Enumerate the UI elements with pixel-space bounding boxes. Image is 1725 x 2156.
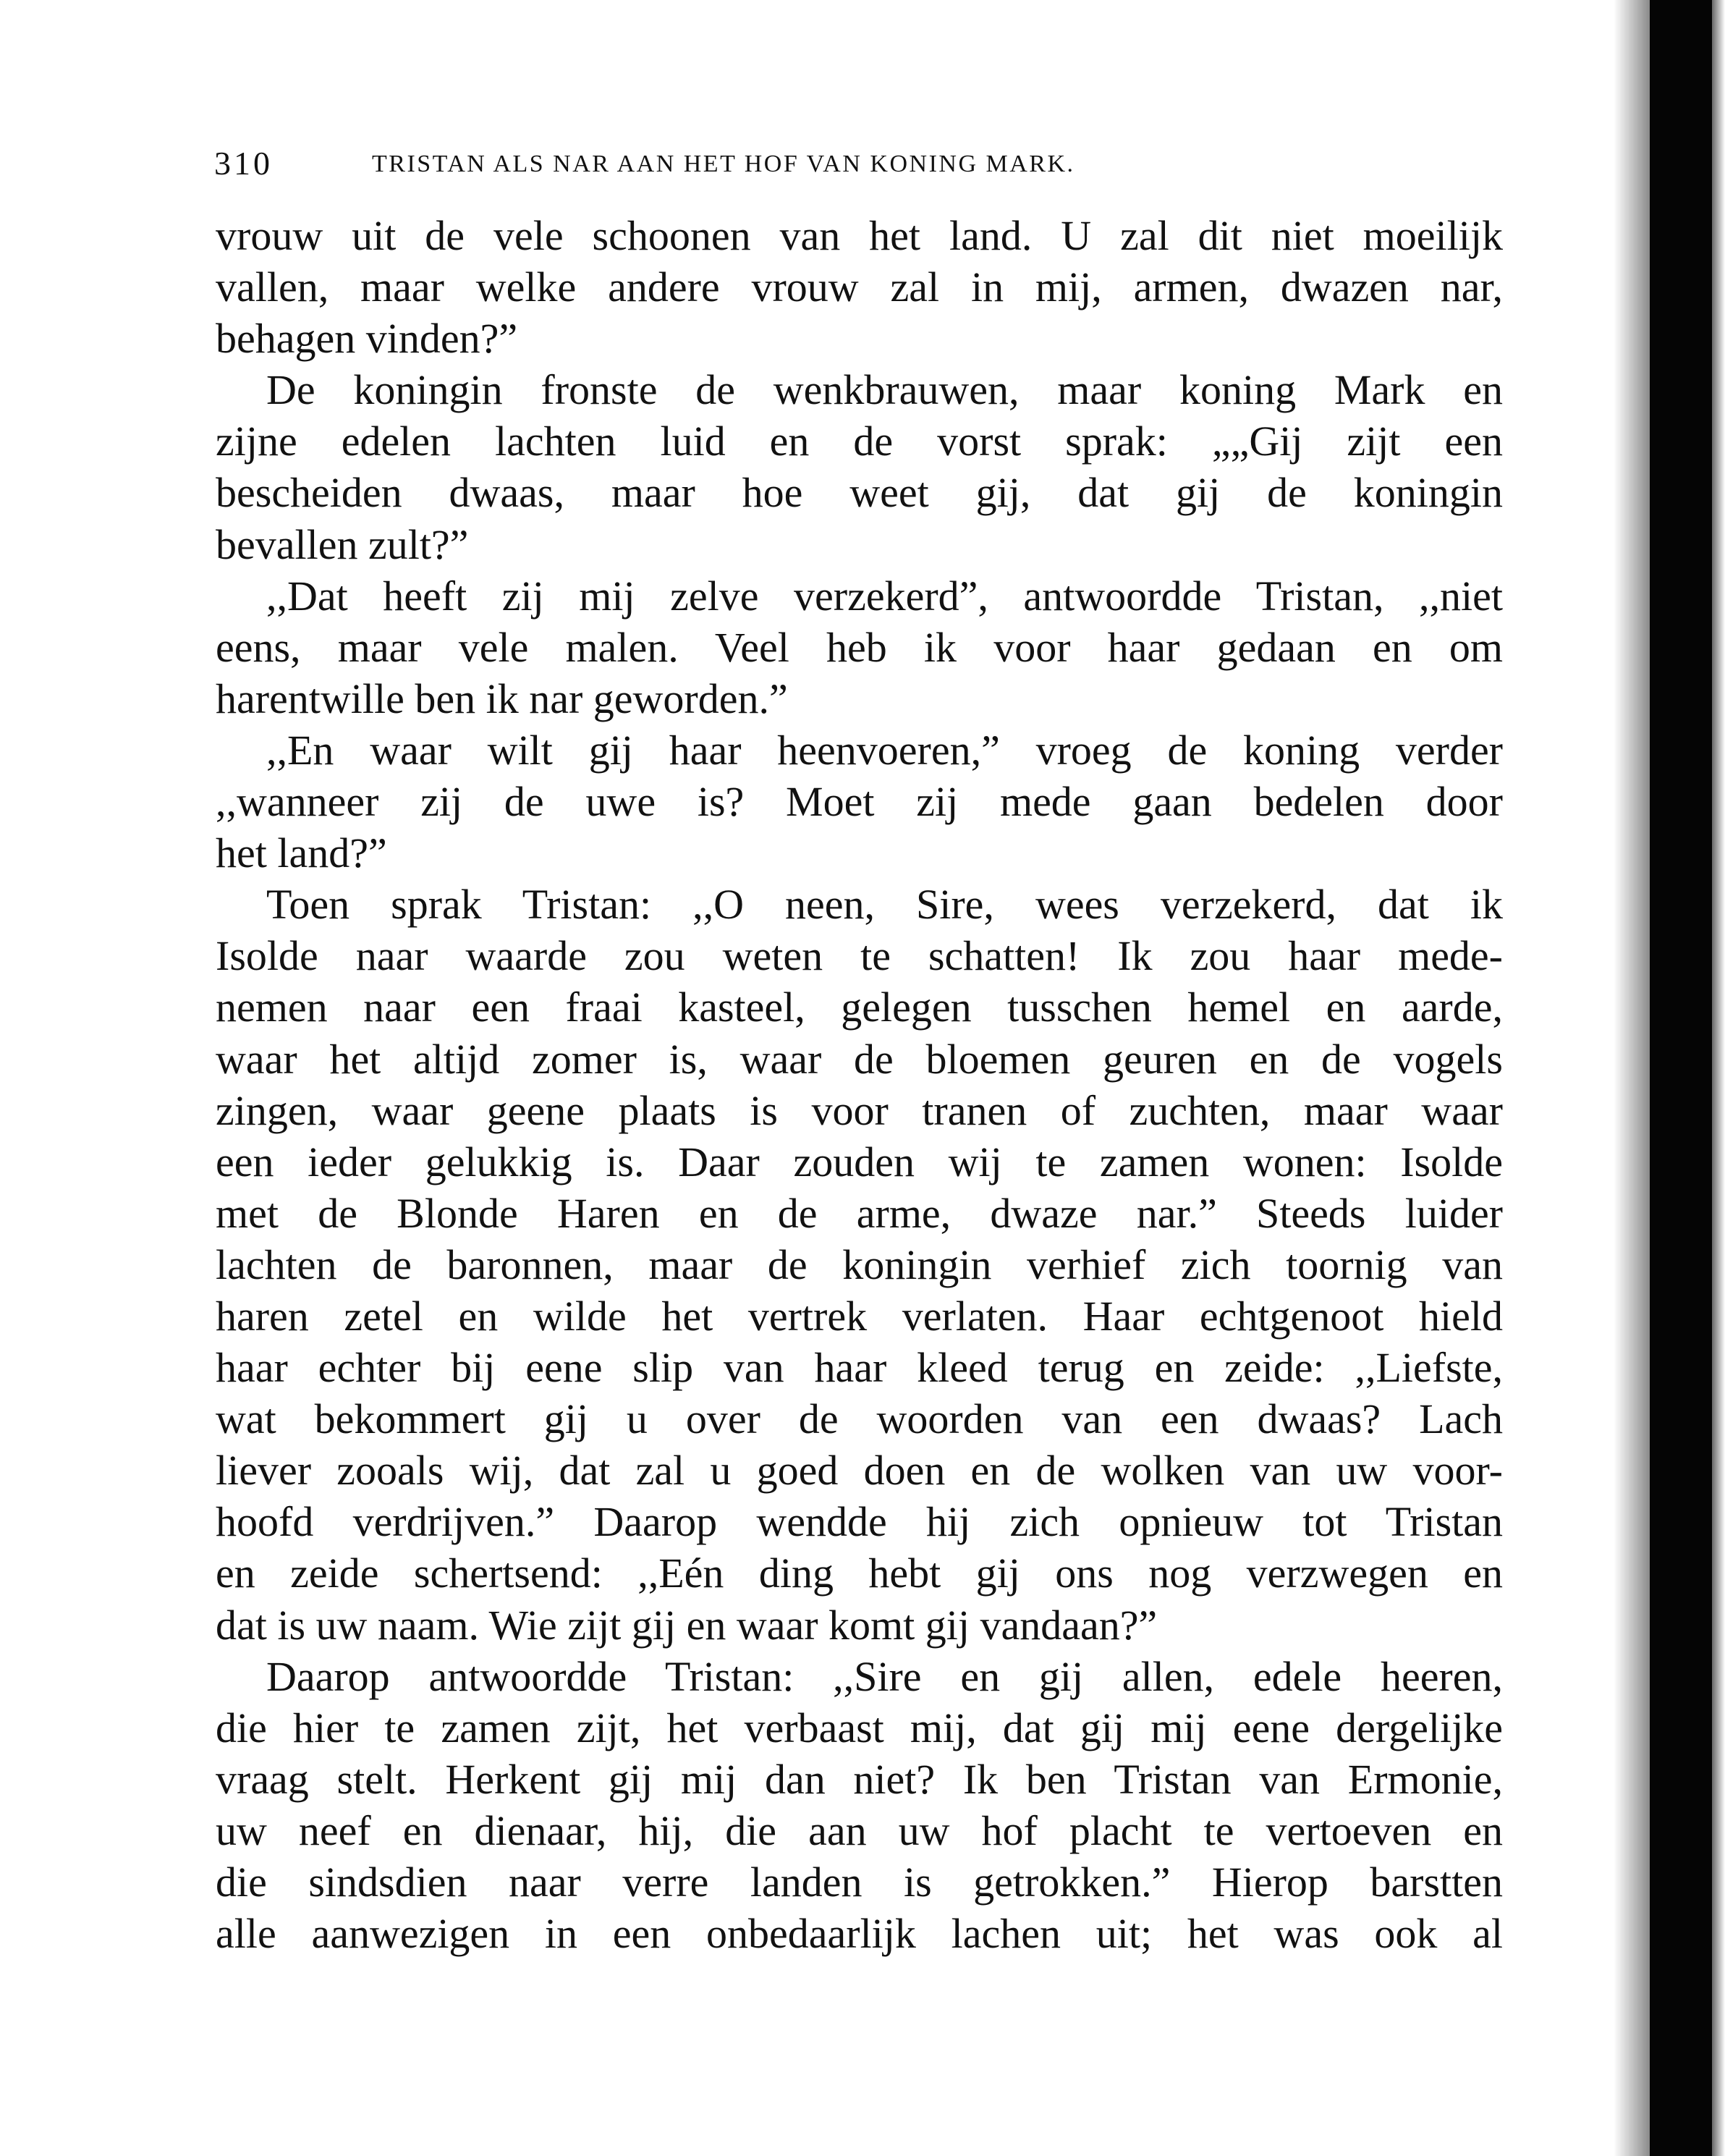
text-line: haar echter bij eene slip van haar kleed… [216,1342,1503,1393]
text-line: bescheiden dwaas, maar hoe weet gij, dat… [216,467,1503,518]
page-number: 310 [214,142,273,185]
book-spine-shadow [1614,0,1725,2156]
spine-dark-band [1650,0,1712,2156]
text-line: dat is uw naam. Wie zijt gij en waar kom… [216,1599,1503,1651]
text-line: alle aanwezigen in een onbedaarlijk lach… [216,1908,1503,1959]
text-line: vrouw uit de vele schoonen van het land.… [216,210,1503,261]
text-line: het land?” [216,827,1503,879]
text-line: haren zetel en wilde het vertrek verlate… [216,1290,1503,1342]
text-line: die hier te zamen zijt, het verbaast mij… [216,1702,1503,1754]
running-header: 310 TRISTAN ALS NAR AAN HET HOF VAN KONI… [214,142,1372,185]
text-line: Isolde naar waarde zou weten te schatten… [216,930,1503,981]
spine-edge [1712,0,1725,2156]
text-line: en zeide schertsend: ,,Eén ding hebt gij… [216,1547,1503,1599]
text-line: bevallen zult?” [216,519,1503,570]
text-line: wat bekommert gij u over de woorden van … [216,1393,1503,1445]
book-page: 310 TRISTAN ALS NAR AAN HET HOF VAN KONI… [0,0,1725,2156]
text-line: met de Blonde Haren en de arme, dwaze na… [216,1188,1503,1239]
text-line: Daarop antwoordde Tristan: ,,Sire en gij… [216,1651,1503,1702]
text-line: ,,wanneer zij de uwe is? Moet zij mede g… [216,776,1503,827]
text-line: uw neef en dienaar, hij, die aan uw hof … [216,1805,1503,1856]
text-line: zijne edelen lachten luid en de vorst sp… [216,415,1503,467]
text-line: nemen naar een fraai kasteel, gelegen tu… [216,981,1503,1033]
text-line: behagen vinden?” [216,313,1503,364]
text-line: ,,En waar wilt gij haar heenvoeren,” vro… [216,724,1503,776]
text-line: vallen, maar welke andere vrouw zal in m… [216,261,1503,313]
text-line: liever zooals wij, dat zal u goed doen e… [216,1445,1503,1496]
text-line: harentwille ben ik nar geworden.” [216,673,1503,724]
text-line: lachten de baronnen, maar de koningin ve… [216,1239,1503,1290]
text-line: hoofd verdrijven.” Daarop wendde hij zic… [216,1496,1503,1547]
running-title: TRISTAN ALS NAR AAN HET HOF VAN KONING M… [372,146,1075,182]
text-line: die sindsdien naar verre landen is getro… [216,1856,1503,1908]
text-line: een ieder gelukkig is. Daar zouden wij t… [216,1136,1503,1188]
text-line: eens, maar vele malen. Veel heb ik voor … [216,622,1503,673]
text-line: vraag stelt. Herkent gij mij dan niet? I… [216,1754,1503,1805]
body-text: vrouw uit de vele schoonen van het land.… [216,210,1503,1959]
text-line: De koningin fronste de wenkbrauwen, maar… [216,364,1503,415]
text-line: ,,Dat heeft zij mij zelve verzekerd”, an… [216,570,1503,622]
text-line: zingen, waar geene plaats is voor tranen… [216,1085,1503,1136]
text-line: waar het altijd zomer is, waar de bloeme… [216,1033,1503,1085]
text-line: Toen sprak Tristan: ,,O neen, Sire, wees… [216,879,1503,930]
